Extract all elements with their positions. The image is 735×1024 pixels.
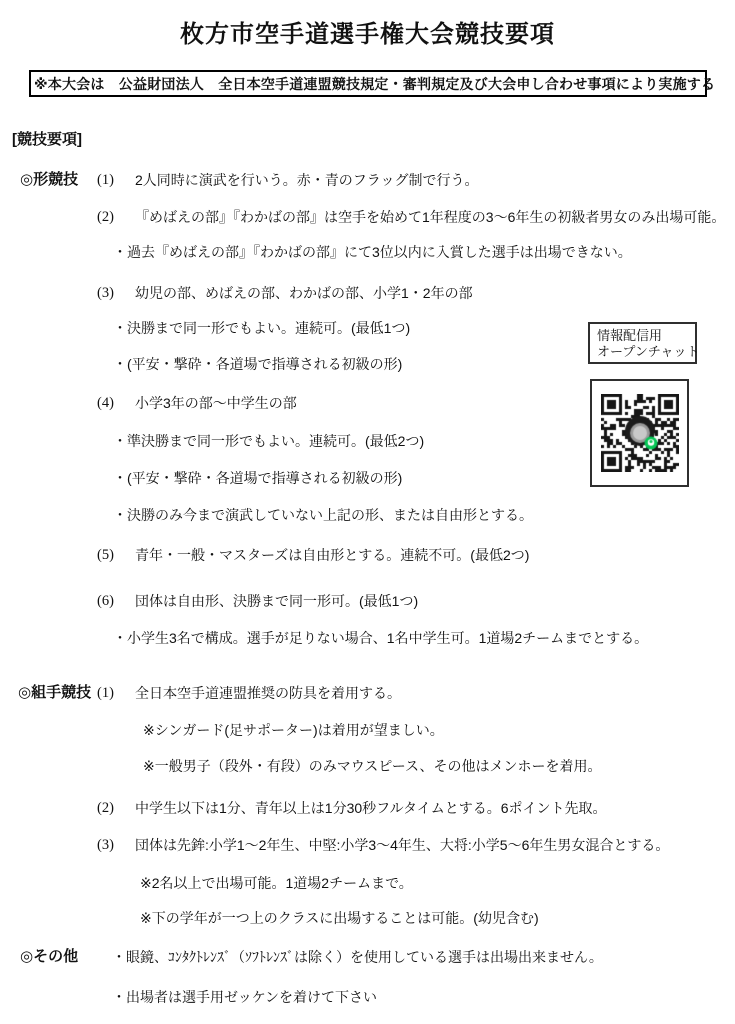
line-text: ・決勝のみ今まで演武していない上記の形、または自由形とする。 [113,506,533,524]
page-title: 枚方市空手道選手権大会競技要項 [0,14,735,49]
document-page: 枚方市空手道選手権大会競技要項 ※本大会は 公益財団法人 全日本空手道連盟競技規… [0,0,735,1024]
line-text: ※2名以上で出場可能。1道場2チームまで。 [140,874,413,892]
line-text: 幼児の部、めばえの部、わかばの部、小学1・2年の部 [135,284,473,302]
openchat-label-box: 情報配信用 オープンチャット [588,322,697,364]
section-heading: ◎組手競技 [18,684,91,702]
notice-box: ※本大会は 公益財団法人 全日本空手道連盟競技規定・審判規定及び大会申し合わせ事… [29,70,707,97]
line-text: ・眼鏡、ｺﾝﾀｸﾄﾚﾝｽﾞ（ｿﾌﾄﾚﾝｽﾞは除く）を使用している選手は出場出来ま… [112,948,603,966]
line-openchat-qr-icon [601,394,679,472]
doc-line: ・出場者は選手用ゼッケンを着けて下さい [0,988,735,1006]
line-text: 『めばえの部』『わかばの部』は空手を始めて1年程度の3～6年生の初級者男女のみ出… [135,208,725,226]
doc-line: ・決勝のみ今まで演武していない上記の形、または自由形とする。 [0,506,735,524]
item-number: (1) [97,171,114,189]
section-label: [競技要項] [12,128,82,149]
doc-line: ※2名以上で出場可能。1道場2チームまで。 [0,874,735,892]
doc-line: (2)『めばえの部』『わかばの部』は空手を始めて1年程度の3～6年生の初級者男女… [0,208,735,226]
openchat-label-line1: 情報配信用 [597,328,690,344]
item-number: (4) [97,394,114,412]
line-text: 小学3年の部～中学生の部 [135,394,297,412]
doc-line: ◎組手競技(1)全日本空手道連盟推奨の防具を着用する。 [0,684,735,702]
line-text: ・過去『めばえの部』『わかばの部』にて3位以内に入賞した選手は出場できない。 [113,243,632,261]
section-heading: ◎形競技 [20,171,78,189]
item-number: (1) [97,684,114,702]
line-text: ・(平安・撃砕・各道場で指導される初級の形) [113,355,402,373]
line-text: 青年・一般・マスターズは自由形とする。連続不可。(最低2つ) [135,546,529,564]
item-number: (3) [97,284,114,302]
item-number: (2) [97,799,114,817]
item-number: (5) [97,546,114,564]
line-text: 中学生以下は1分、青年以上は1分30秒フルタイムとする。6ポイント先取。 [135,799,607,817]
doc-line: ◎形競技(1)2人同時に演武を行いう。赤・青のフラッグ制で行う。 [0,171,735,189]
doc-line: ・過去『めばえの部』『わかばの部』にて3位以内に入賞した選手は出場できない。 [0,243,735,261]
line-text: ※シンガード(足サポーター)は着用が望ましい。 [143,721,444,739]
doc-line: (6)団体は自由形、決勝まで同一形可。(最低1つ) [0,592,735,610]
line-text: ・決勝まで同一形でもよい。連続可。(最低1つ) [113,319,410,337]
line-text: 団体は自由形、決勝まで同一形可。(最低1つ) [135,592,418,610]
doc-line: (3)幼児の部、めばえの部、わかばの部、小学1・2年の部 [0,284,735,302]
doc-line: (2)中学生以下は1分、青年以上は1分30秒フルタイムとする。6ポイント先取。 [0,799,735,817]
item-number: (3) [97,836,114,854]
doc-line: ・小学生3名で構成。選手が足りない場合、1名中学生可。1道場2チームまでとする。 [0,629,735,647]
doc-line: (3)団体は先鉾:小学1～2年生、中堅:小学3～4年生、大将:小学5～6年生男女… [0,836,735,854]
line-text: 全日本空手道連盟推奨の防具を着用する。 [135,684,401,702]
notice-text: ※本大会は 公益財団法人 全日本空手道連盟競技規定・審判規定及び大会申し合わせ事… [34,74,715,94]
line-text: ・準決勝まで同一形でもよい。連続可。(最低2つ) [113,432,424,450]
item-number: (6) [97,592,114,610]
doc-line: ※下の学年が一つ上のクラスに出場することは可能。(幼児含む) [0,909,735,927]
doc-line: ※一般男子（段外・有段）のみマウスピース、その他はメンホーを着用。 [0,757,735,775]
doc-line: ◎その他・眼鏡、ｺﾝﾀｸﾄﾚﾝｽﾞ（ｿﾌﾄﾚﾝｽﾞは除く）を使用している選手は出… [0,948,735,966]
doc-line: ※シンガード(足サポーター)は着用が望ましい。 [0,721,735,739]
line-text: ・(平安・撃砕・各道場で指導される初級の形) [113,469,402,487]
section-heading: ◎その他 [20,948,78,966]
doc-line: (5)青年・一般・マスターズは自由形とする。連続不可。(最低2つ) [0,546,735,564]
item-number: (2) [97,208,114,226]
line-text: ・出場者は選手用ゼッケンを着けて下さい [112,988,377,1006]
line-text: 2人同時に演武を行いう。赤・青のフラッグ制で行う。 [135,171,479,189]
openchat-label-line2: オープンチャット [597,344,690,360]
line-text: ・小学生3名で構成。選手が足りない場合、1名中学生可。1道場2チームまでとする。 [113,629,648,647]
line-text: ※下の学年が一つ上のクラスに出場することは可能。(幼児含む) [140,909,539,927]
qr-code-box [590,379,689,487]
line-text: 団体は先鉾:小学1～2年生、中堅:小学3～4年生、大将:小学5～6年生男女混合と… [135,836,669,854]
line-text: ※一般男子（段外・有段）のみマウスピース、その他はメンホーを着用。 [143,757,601,775]
